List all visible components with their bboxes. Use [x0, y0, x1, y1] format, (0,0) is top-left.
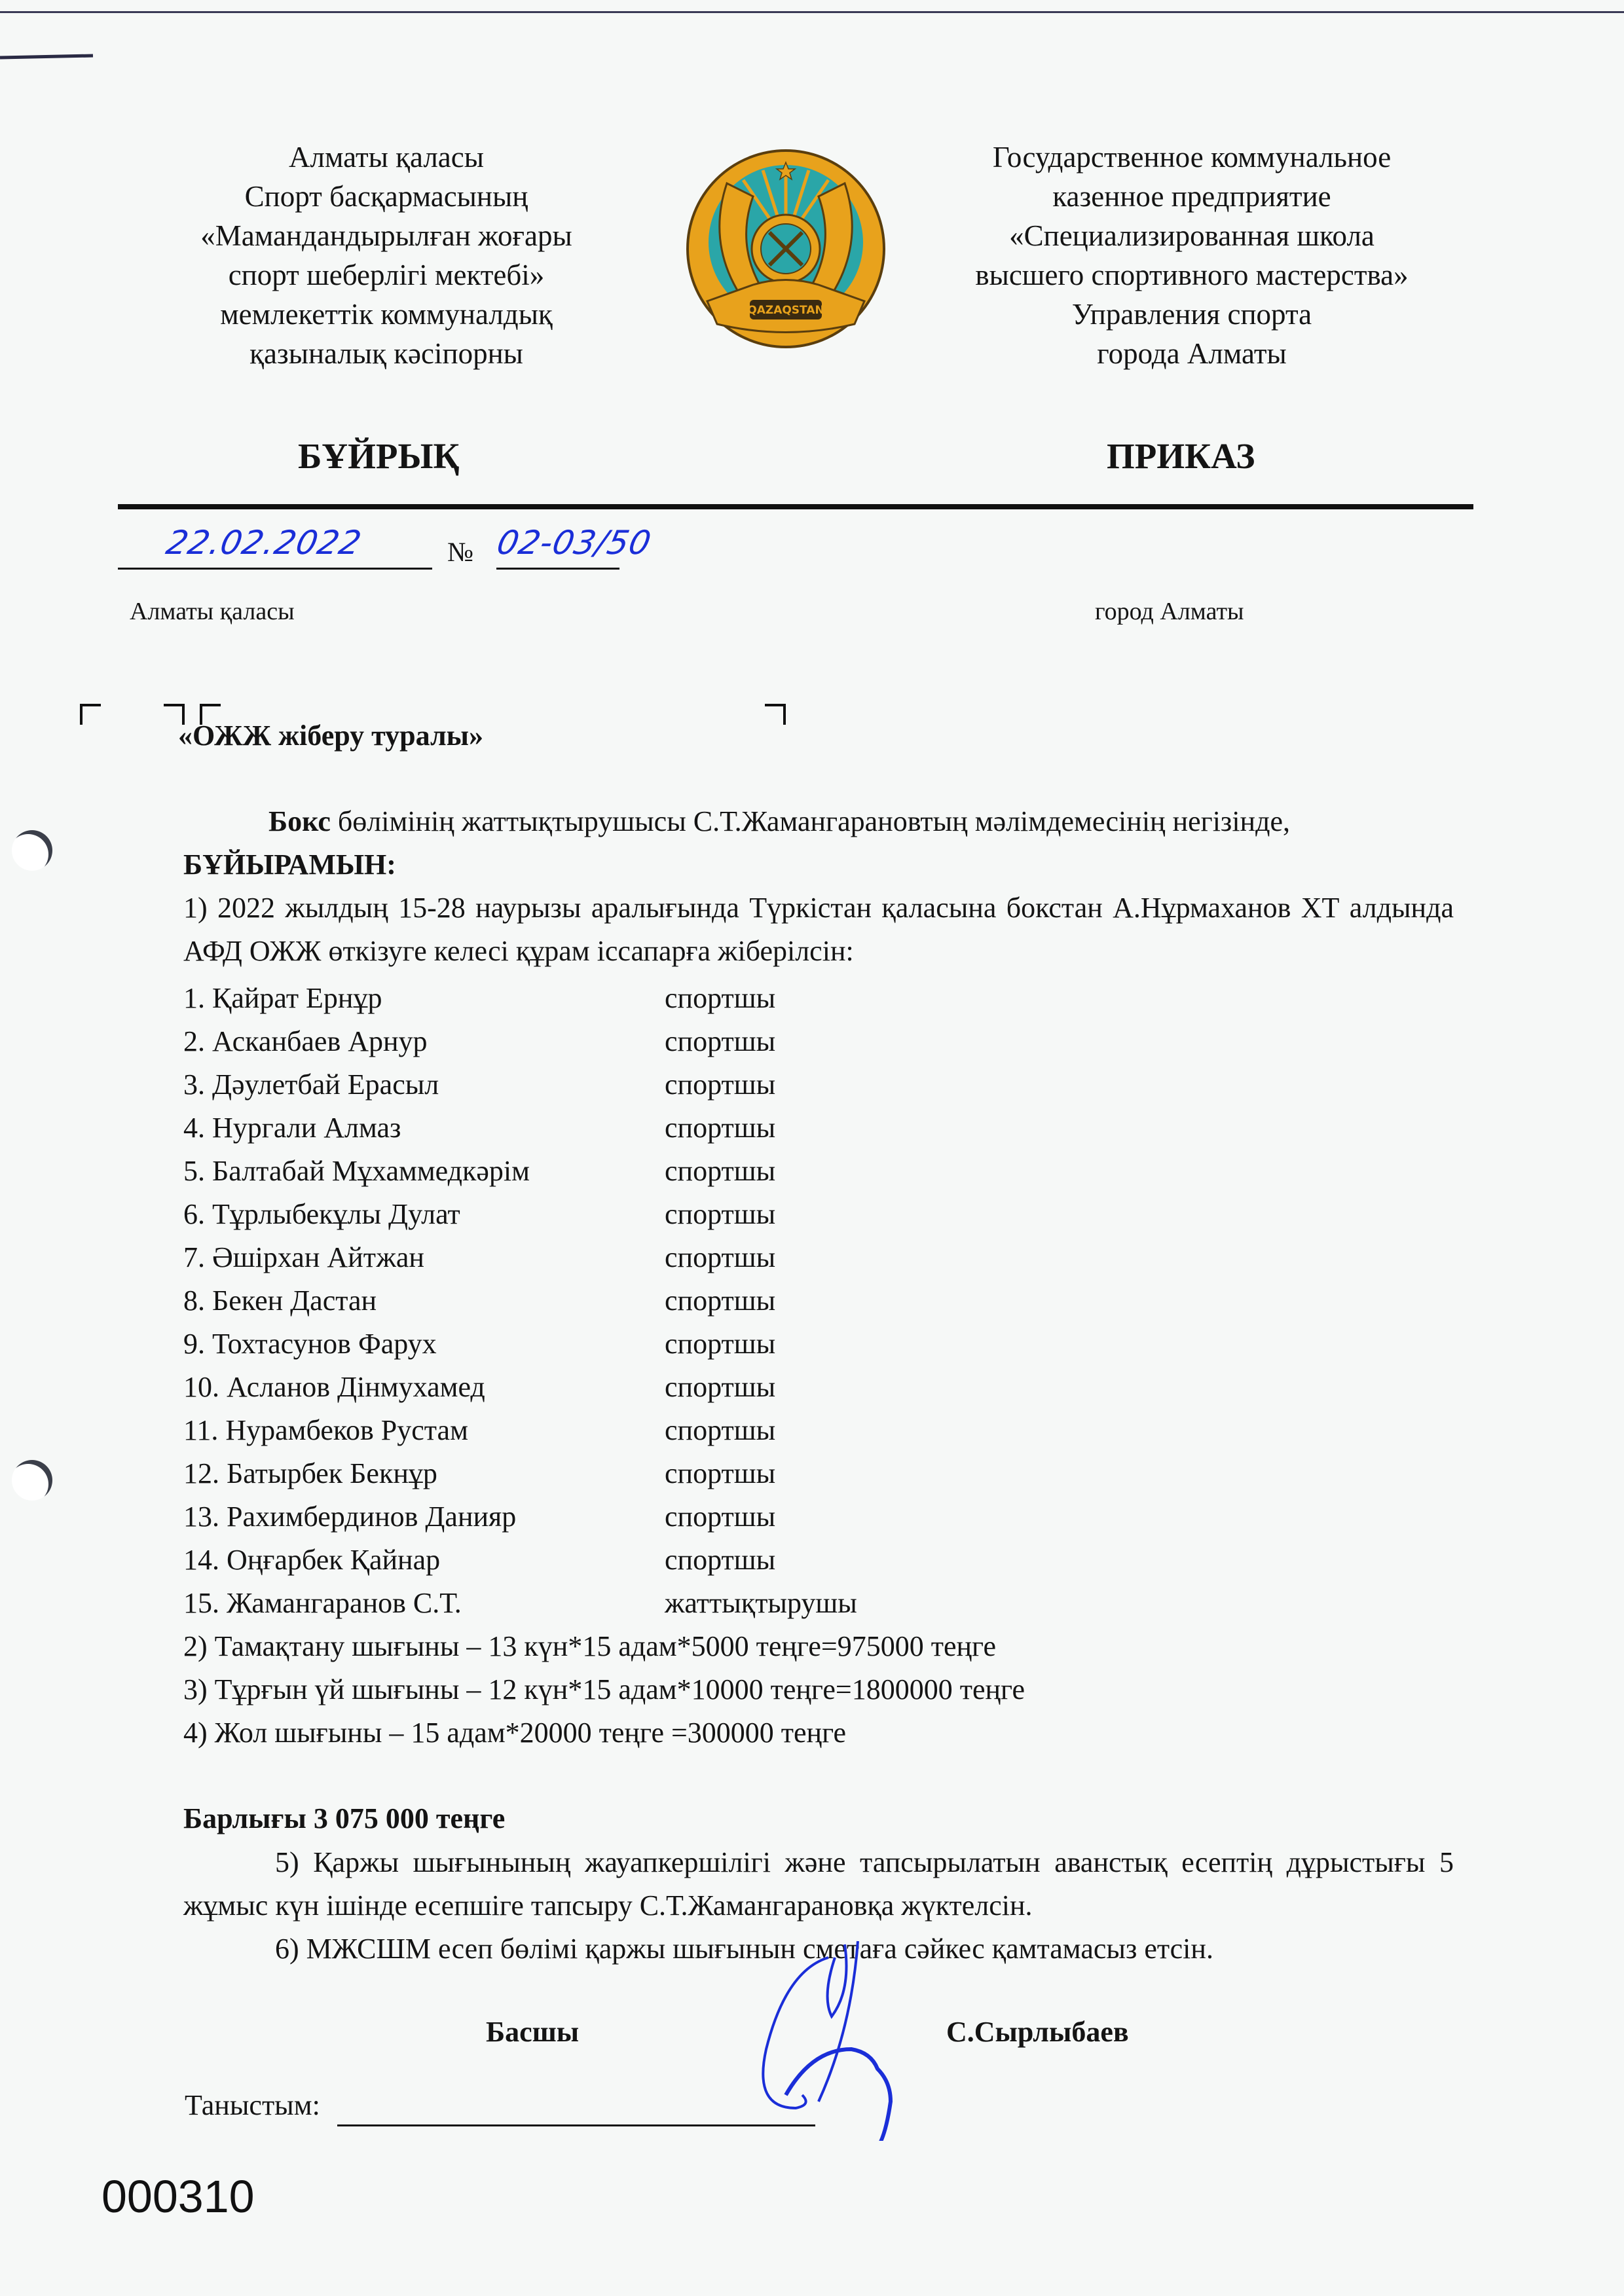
- header-line: Алматы қаласы: [151, 137, 622, 177]
- participant-name: 15. Жамангаранов С.Т.: [183, 1582, 665, 1625]
- participant-row: 1. Қайрат Ернұрспортшы: [183, 977, 1035, 1020]
- header-line: Управления спорта: [923, 295, 1460, 334]
- participant-row: 5. Балтабай Мұхаммедкәрімспортшы: [183, 1150, 1035, 1193]
- participant-row: 3. Дәулетбай Ерасылспортшы: [183, 1063, 1035, 1106]
- punch-hole: [12, 830, 52, 871]
- participant-role: спортшы: [665, 1020, 775, 1063]
- signer-name: С.Сырлыбаев: [946, 2015, 1129, 2049]
- participant-name: 9. Тохтасунов Фарух: [183, 1322, 665, 1366]
- header-org-kz: Алматы қаласы Спорт басқармасының «Маман…: [151, 137, 622, 373]
- kazakhstan-emblem-icon: QAZAQSTAN: [681, 144, 891, 354]
- handwritten-signature-icon: [655, 1931, 956, 2141]
- participant-name: 13. Рахимбердинов Данияр: [183, 1495, 665, 1539]
- header-line: мемлекеттік коммуналдық: [151, 295, 622, 334]
- item-5: 5) Қаржы шығынының жауапкершілігі және т…: [183, 1841, 1454, 1927]
- participant-role: спортшы: [665, 1150, 775, 1193]
- participant-row: 11. Нурамбеков Рустамспортшы: [183, 1409, 1035, 1452]
- participant-row: 6. Тұрлыбекұлы Дулатспортшы: [183, 1193, 1035, 1236]
- order-word: БҰЙЫРАМЫН:: [183, 843, 1454, 886]
- participant-row: 2. Асканбаев Арнурспортшы: [183, 1020, 1035, 1063]
- header-line: высшего спортивного мастерства»: [923, 255, 1460, 295]
- participant-role: спортшы: [665, 1452, 775, 1495]
- participant-role: спортшы: [665, 1063, 775, 1106]
- intro-text: бөлімінің жаттықтырушысы С.Т.Жамангарано…: [331, 805, 1290, 837]
- participant-name: 4. Нургали Алмаз: [183, 1106, 665, 1150]
- item-1: 1) 2022 жылдың 15-28 наурызы аралығында …: [183, 886, 1454, 973]
- participant-role: спортшы: [665, 1279, 775, 1322]
- header-line: спорт шеберлігі мектебі»: [151, 255, 622, 295]
- participant-row: 15. Жамангаранов С.Т.жаттықтырушы: [183, 1582, 1035, 1625]
- participant-role: спортшы: [665, 1366, 775, 1409]
- header-divider: [118, 504, 1473, 509]
- number-sign: №: [447, 537, 473, 568]
- participant-role: спортшы: [665, 1495, 775, 1539]
- participant-row: 14. Оңғарбек Қайнарспортшы: [183, 1539, 1035, 1582]
- item-3: 3) Тұрғын үй шығыны – 12 күн*15 адам*100…: [183, 1668, 1454, 1711]
- acknowledged-label: Таныстым:: [185, 2088, 320, 2122]
- scan-top-edge: [0, 11, 1624, 13]
- punch-hole: [12, 1460, 52, 1501]
- header-line: «Мамандандырылған жоғары: [151, 216, 622, 255]
- header-line: города Алматы: [923, 334, 1460, 373]
- participant-row: 12. Батырбек Бекнұрспортшы: [183, 1452, 1035, 1495]
- header-line: Спорт басқармасының: [151, 177, 622, 216]
- participant-role: спортшы: [665, 1193, 775, 1236]
- participant-name: 14. Оңғарбек Қайнар: [183, 1539, 665, 1582]
- header-line: қазыналық кәсіпорны: [151, 334, 622, 373]
- participant-name: 11. Нурамбеков Рустам: [183, 1409, 665, 1452]
- corner-mark: [80, 704, 101, 725]
- header-line: казенное предприятие: [923, 177, 1460, 216]
- participant-role: спортшы: [665, 1322, 775, 1366]
- svg-text:QAZAQSTAN: QAZAQSTAN: [747, 304, 824, 317]
- acknowledged-signature-line: [337, 2124, 815, 2126]
- participant-name: 10. Асланов Дінмухамед: [183, 1366, 665, 1409]
- item-2: 2) Тамақтану шығыны – 13 күн*15 адам*500…: [183, 1625, 1454, 1668]
- participant-name: 1. Қайрат Ернұр: [183, 977, 665, 1020]
- intro-paragraph: Бокс бөлімінің жаттықтырушысы С.Т.Жаманг…: [183, 800, 1454, 843]
- participant-role: спортшы: [665, 1539, 775, 1582]
- participant-name: 8. Бекен Дастан: [183, 1279, 665, 1322]
- date-underline: [118, 568, 432, 570]
- staple-mark: [0, 54, 93, 60]
- participant-name: 3. Дәулетбай Ерасыл: [183, 1063, 665, 1106]
- page-stamp-number: 000310: [101, 2170, 255, 2223]
- city-ru: город Алматы: [1095, 597, 1244, 626]
- signer-position: Басшы: [486, 2015, 579, 2049]
- participant-name: 2. Асканбаев Арнур: [183, 1020, 665, 1063]
- doc-title-kz: БҰЙРЫҚ: [298, 435, 459, 477]
- doc-title-ru: ПРИКАЗ: [1107, 435, 1255, 477]
- header-line: «Специализированная школа: [923, 216, 1460, 255]
- participant-row: 7. Әшірхан Айтжанспортшы: [183, 1236, 1035, 1279]
- city-kz: Алматы қаласы: [130, 597, 295, 626]
- participant-row: 10. Асланов Дінмухамедспортшы: [183, 1366, 1035, 1409]
- participant-row: 4. Нургали Алмазспортшы: [183, 1106, 1035, 1150]
- order-date: 22.02.2022: [163, 524, 365, 562]
- item-4: 4) Жол шығыны – 15 адам*20000 теңге =300…: [183, 1711, 1454, 1755]
- total-amount: Барлығы 3 075 000 теңге: [183, 1797, 1454, 1840]
- order-subject: «ОЖЖ жіберу туралы»: [178, 719, 483, 752]
- header-line: Государственное коммунальное: [923, 137, 1460, 177]
- participant-row: 9. Тохтасунов Фарухспортшы: [183, 1322, 1035, 1366]
- participants-list: 1. Қайрат Ернұрспортшы2. Асканбаев Арнур…: [183, 977, 1035, 1625]
- order-number: 02-03/50: [494, 524, 655, 562]
- participant-role: спортшы: [665, 1236, 775, 1279]
- number-underline: [496, 568, 619, 570]
- corner-mark: [765, 704, 786, 725]
- participant-role: спортшы: [665, 1106, 775, 1150]
- participant-row: 13. Рахимбердинов Даниярспортшы: [183, 1495, 1035, 1539]
- participant-name: 5. Балтабай Мұхаммедкәрім: [183, 1150, 665, 1193]
- participant-role: спортшы: [665, 977, 775, 1020]
- participant-role: жаттықтырушы: [665, 1582, 857, 1625]
- participant-name: 6. Тұрлыбекұлы Дулат: [183, 1193, 665, 1236]
- participant-name: 7. Әшірхан Айтжан: [183, 1236, 665, 1279]
- intro-bold: Бокс: [268, 805, 331, 837]
- header-org-ru: Государственное коммунальное казенное пр…: [923, 137, 1460, 373]
- participant-row: 8. Бекен Дастанспортшы: [183, 1279, 1035, 1322]
- participant-role: спортшы: [665, 1409, 775, 1452]
- participant-name: 12. Батырбек Бекнұр: [183, 1452, 665, 1495]
